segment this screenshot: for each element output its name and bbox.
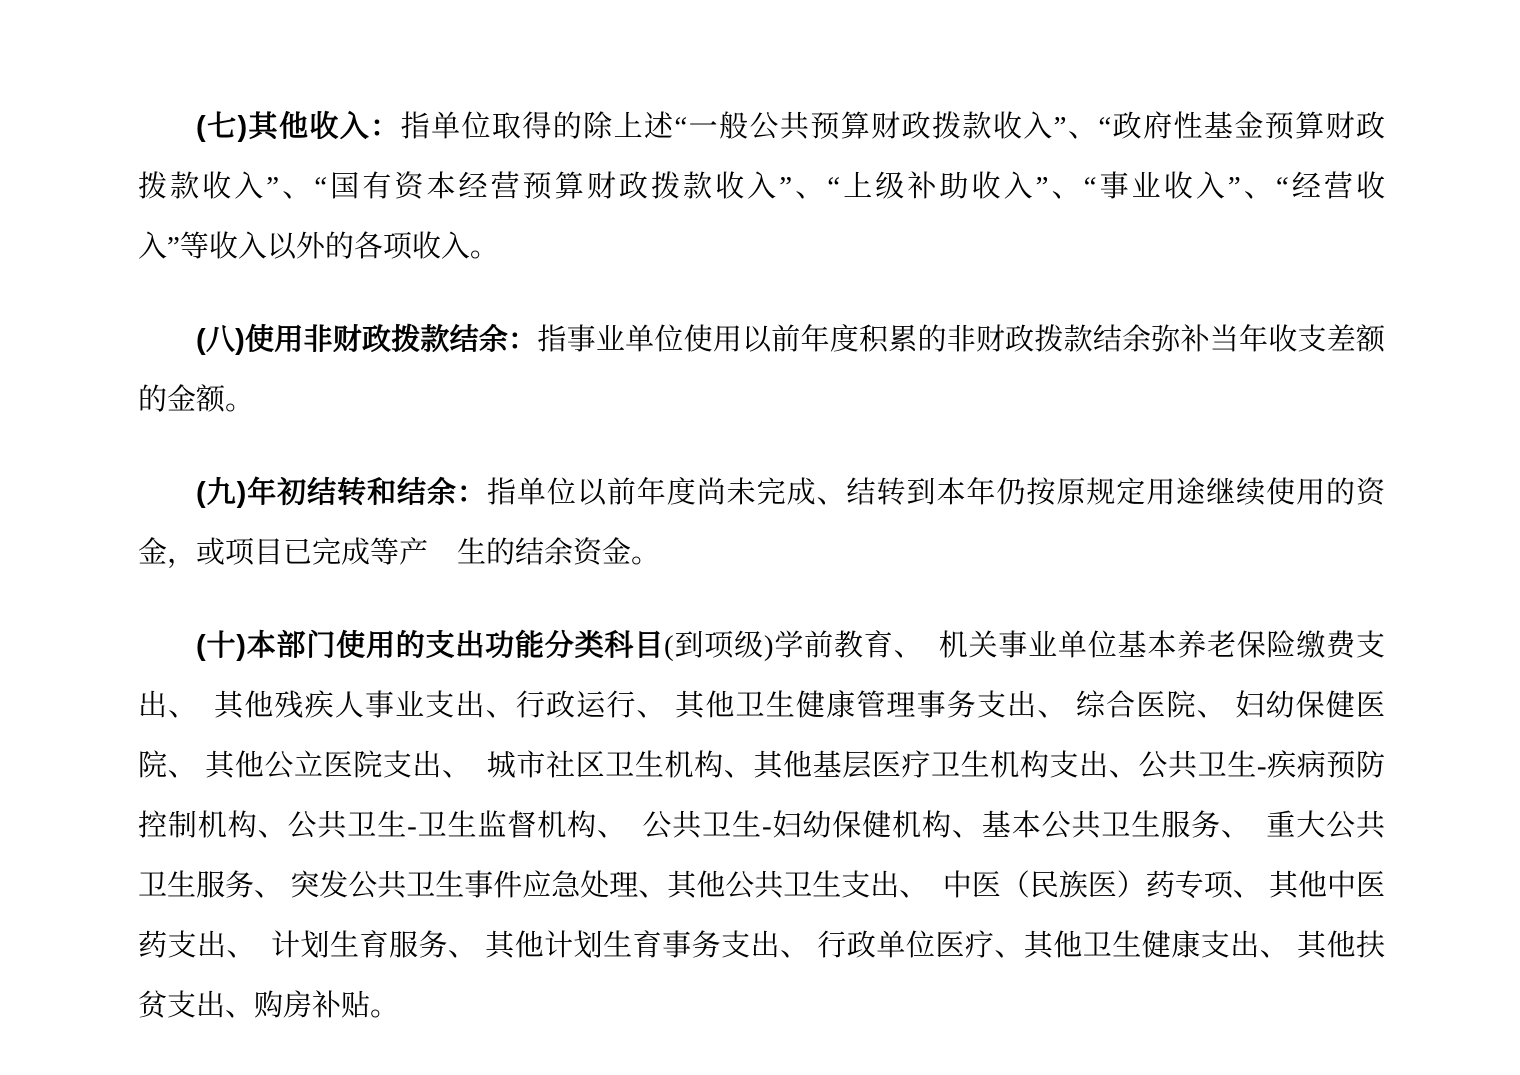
text-run: 指单位取得的除上述“一般公共预算财政拨款收入”、“政府性基金预算财政 (401, 111, 1385, 143)
text-line: 拨款收入”、“国有资本经营预算财政拨款收入”、“上级补助收入”、“事业收入”、“… (138, 157, 1385, 217)
text-run: (到项级)学前教育、 机关事业单位基本养老保险缴费支 (664, 630, 1385, 662)
text-line: 金，或项目已完成等产 生的结余资金。 (138, 523, 1385, 583)
paragraph-label: (九)年初结转和结余： (196, 477, 487, 509)
paragraph-expenditure-classification: (十)本部门使用的支出功能分类科目(到项级)学前教育、 机关事业单位基本养老保险… (138, 616, 1385, 1036)
paragraph-label: (七)其他收入： (196, 111, 401, 143)
text-line: 院、 其他公立医院支出、 城市社区卫生机构、其他基层医疗卫生机构支出、公共卫生-… (138, 736, 1385, 796)
paragraph-other-income: (七)其他收入：指单位取得的除上述“一般公共预算财政拨款收入”、“政府性基金预算… (138, 97, 1385, 277)
document-page: (七)其他收入：指单位取得的除上述“一般公共预算财政拨款收入”、“政府性基金预算… (0, 0, 1520, 1075)
text-run: 指单位以前年度尚未完成、结转到本年仍按原规定用途继续使用的资 (487, 477, 1385, 509)
text-line: (九)年初结转和结余：指单位以前年度尚未完成、结转到本年仍按原规定用途继续使用的… (138, 463, 1385, 523)
paragraph-label: (十)本部门使用的支出功能分类科目 (196, 630, 664, 662)
text-line: 的金额。 (138, 370, 1385, 430)
text-run: 指事业单位使用以前年度积累的非财政拨款结余弥补当年收支差额 (537, 324, 1385, 356)
text-line: 入”等收入以外的各项收入。 (138, 217, 1385, 277)
paragraph-non-fiscal-balance: (八)使用非财政拨款结余：指事业单位使用以前年度积累的非财政拨款结余弥补当年收支… (138, 310, 1385, 430)
paragraph-carryover-balance: (九)年初结转和结余：指单位以前年度尚未完成、结转到本年仍按原规定用途继续使用的… (138, 463, 1385, 583)
text-line: (十)本部门使用的支出功能分类科目(到项级)学前教育、 机关事业单位基本养老保险… (138, 616, 1385, 676)
text-line: 出、 其他残疾人事业支出、行政运行、 其他卫生健康管理事务支出、 综合医院、 妇… (138, 676, 1385, 736)
text-line: 卫生服务、 突发公共卫生事件应急处理、其他公共卫生支出、 中医（民族医）药专项、… (138, 856, 1385, 916)
text-line: (七)其他收入：指单位取得的除上述“一般公共预算财政拨款收入”、“政府性基金预算… (138, 97, 1385, 157)
text-line: 控制机构、公共卫生-卫生监督机构、 公共卫生-妇幼保健机构、基本公共卫生服务、 … (138, 796, 1385, 856)
text-line: 药支出、 计划生育服务、 其他计划生育事务支出、 行政单位医疗、其他卫生健康支出… (138, 916, 1385, 976)
text-line: 贫支出、购房补贴。 (138, 976, 1385, 1036)
text-line: (八)使用非财政拨款结余：指事业单位使用以前年度积累的非财政拨款结余弥补当年收支… (138, 310, 1385, 370)
paragraph-label: (八)使用非财政拨款结余： (196, 324, 537, 356)
